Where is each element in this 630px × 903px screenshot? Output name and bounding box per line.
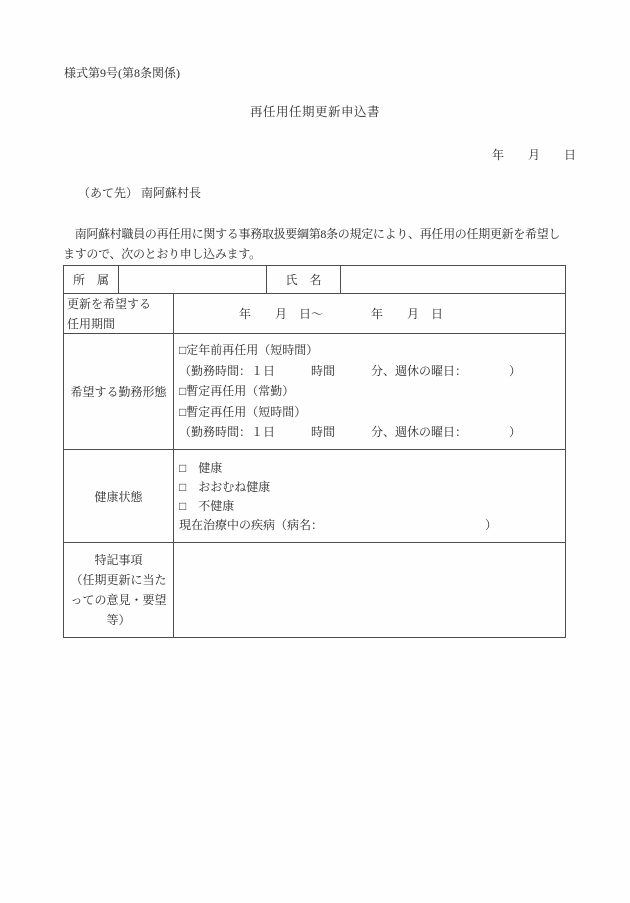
option-pre-retirement-short: □定年前再任用（短時間） (179, 340, 561, 361)
addressee-line: （あて先） 南阿蘇村長 (78, 186, 201, 201)
intro-line-1: 南阿蘇村職員の再任用に関する事務取扱要綱第8条の規定により、再任用の任期更新を希… (63, 224, 571, 244)
application-table: 所 属 氏 名 更新を希望する 任用期間 年 月 日～ 年 月 日 希望する勤務… (63, 265, 566, 638)
remarks-label-line-4: 等） (64, 610, 173, 630)
period-label-line-1: 更新を希望する (67, 294, 173, 314)
intro-line-2: ますので、次のとおり申し込みます。 (63, 244, 571, 264)
form-number-label: 様式第9号(第8条関係) (64, 66, 180, 81)
intro-paragraph: 南阿蘇村職員の再任用に関する事務取扱要綱第8条の規定により、再任用の任期更新を希… (63, 224, 571, 264)
document-title: 再任用任期更新申込書 (0, 104, 630, 120)
current-illness-line: 現在治療中の疾病（病名： ） (179, 516, 561, 535)
health-options: □ 健康 □ おおむね健康 □ 不健康 現在治療中の疾病（病名： ） (173, 450, 565, 542)
work-style-row: 希望する勤務形態 □定年前再任用（短時間） （勤務時間：１日 時間 分、週休の曜… (64, 333, 565, 449)
period-row: 更新を希望する 任用期間 年 月 日～ 年 月 日 (64, 293, 565, 333)
remarks-row: 特記事項 （任期更新に当た っての意見・要望 等） (64, 542, 565, 637)
work-hours-detail-1: （勤務時間：１日 時間 分、週休の曜日： ） (179, 361, 561, 382)
affiliation-name-row: 所 属 氏 名 (64, 266, 565, 293)
period-label: 更新を希望する 任用期間 (64, 294, 173, 333)
option-provisional-fulltime: □暫定再任用（常勤） (179, 381, 561, 402)
name-label: 氏 名 (266, 266, 340, 293)
period-label-line-2: 任用期間 (67, 314, 173, 334)
option-provisional-short: □暫定再任用（短時間） (179, 402, 561, 423)
name-value-cell (340, 266, 565, 293)
remarks-value-cell (173, 543, 565, 637)
document-page: 様式第9号(第8条関係) 再任用任期更新申込書 年 月 日 （あて先） 南阿蘇村… (0, 0, 630, 903)
remarks-label: 特記事項 （任期更新に当た っての意見・要望 等） (64, 543, 173, 637)
affiliation-value-cell (118, 266, 266, 293)
date-placeholder-line: 年 月 日 (492, 148, 576, 163)
work-style-options: □定年前再任用（短時間） （勤務時間：１日 時間 分、週休の曜日： ） □暫定再… (173, 334, 565, 449)
option-healthy: □ 健康 (179, 459, 561, 478)
health-row: 健康状態 □ 健康 □ おおむね健康 □ 不健康 現在治療中の疾病（病名： ） (64, 449, 565, 542)
option-mostly-healthy: □ おおむね健康 (179, 478, 561, 497)
work-hours-detail-2: （勤務時間：１日 時間 分、週休の曜日： ） (179, 422, 561, 443)
remarks-label-line-2: （任期更新に当た (64, 570, 173, 590)
work-style-label: 希望する勤務形態 (64, 334, 173, 449)
period-date-placeholders: 年 月 日～ 年 月 日 (239, 305, 443, 322)
remarks-label-line-1: 特記事項 (64, 550, 173, 570)
option-unhealthy: □ 不健康 (179, 497, 561, 516)
affiliation-label: 所 属 (64, 266, 118, 293)
health-label: 健康状態 (64, 450, 173, 542)
remarks-label-line-3: っての意見・要望 (64, 590, 173, 610)
period-value-cell: 年 月 日～ 年 月 日 (173, 294, 565, 333)
